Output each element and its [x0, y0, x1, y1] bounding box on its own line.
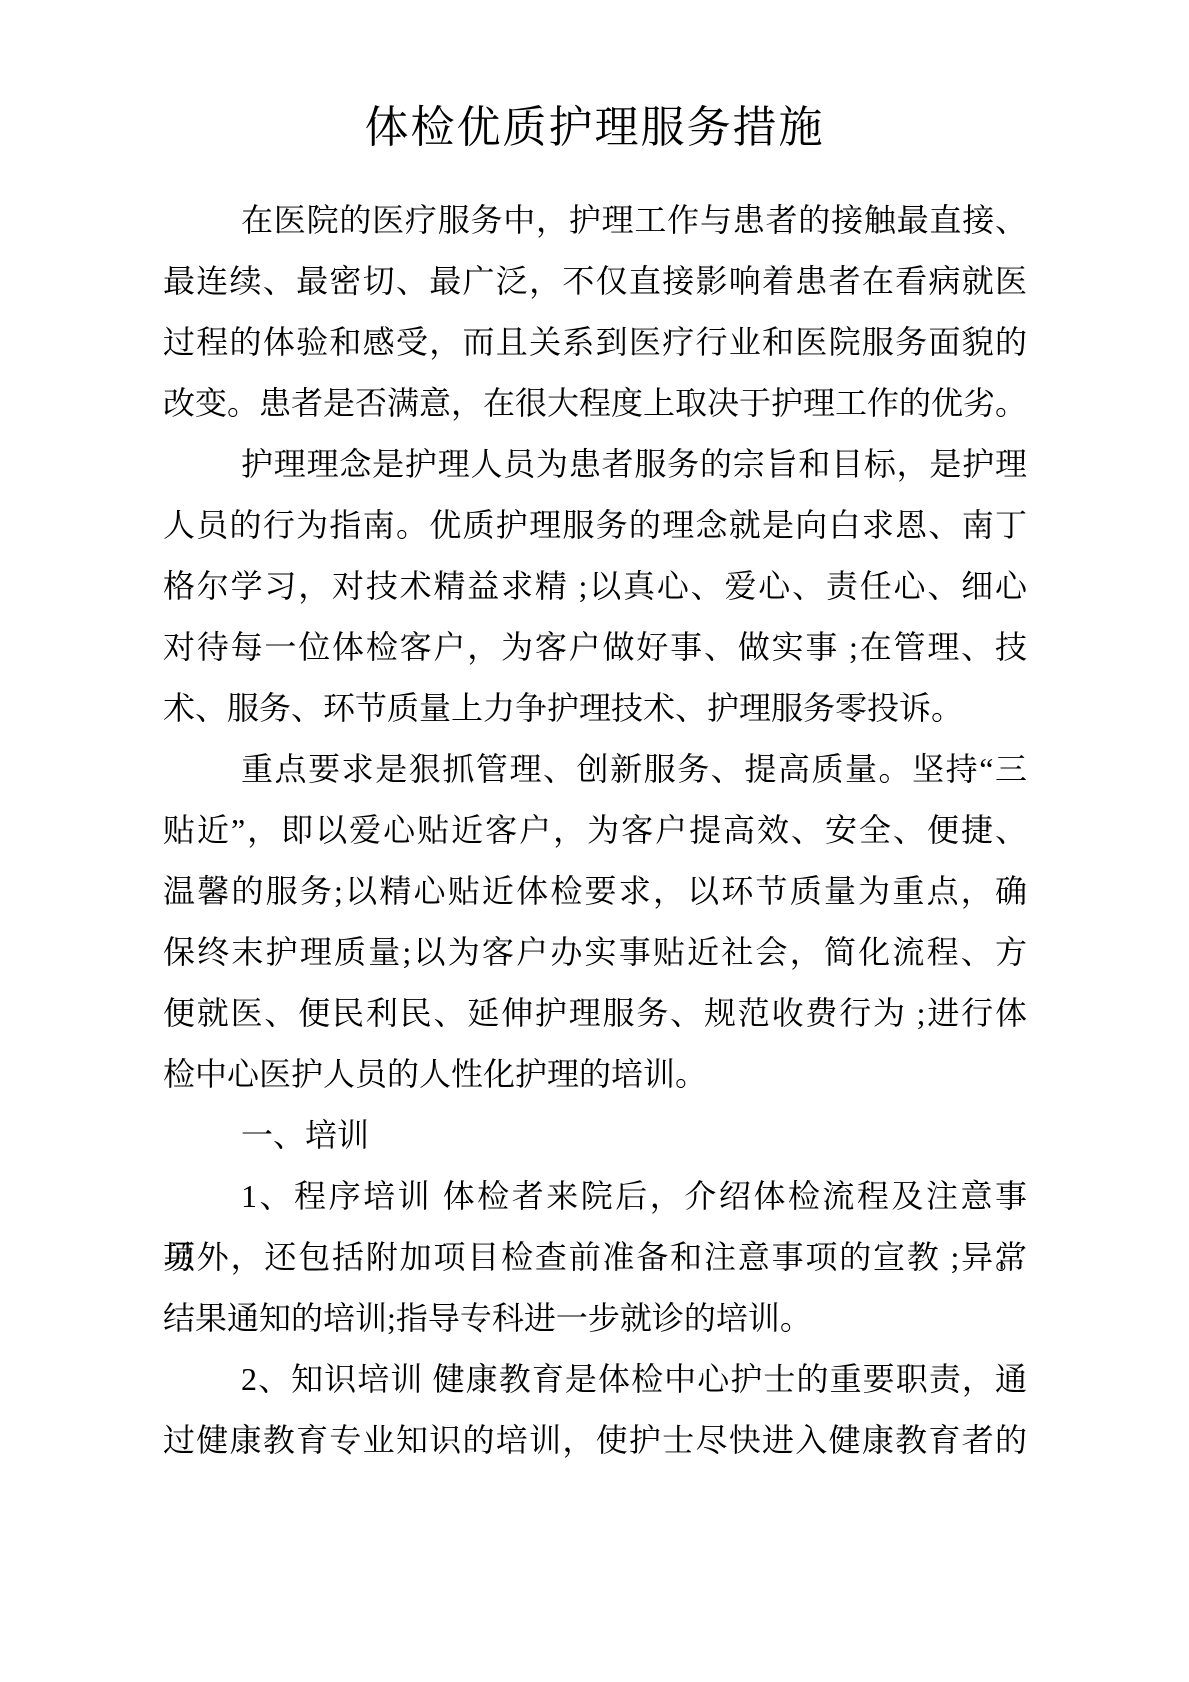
text-line: 温馨的服务;以精心贴近体检要求，以环节质量为重点，确: [163, 861, 1027, 922]
text-line: 1、程序培训 体检者来院后，介绍体检流程及注意事项。: [163, 1166, 1027, 1227]
document-body: 在医院的医疗服务中，护理工作与患者的接触最直接、最连续、最密切、最广泛，不仅直接…: [0, 190, 1027, 1471]
text-line: 格尔学习，对技术精益求精 ;以真心、爱心、责任心、细心: [163, 556, 1027, 617]
text-line: 贴近”，即以爱心贴近客户，为客户提高效、安全、便捷、: [163, 800, 1027, 861]
text-line: 护理理念是护理人员为患者服务的宗旨和目标，是护理: [163, 434, 1027, 495]
text-line: 另外，还包括附加项目检查前准备和注意事项的宣教 ;异常: [163, 1227, 1027, 1288]
text-line: 术、服务、环节质量上力争护理技术、护理服务零投诉。: [163, 678, 1027, 739]
text-line: 改变。患者是否满意，在很大程度上取决于护理工作的优劣。: [163, 373, 1027, 434]
text-line: 人员的行为指南。优质护理服务的理念就是向白求恩、南丁: [163, 495, 1027, 556]
document-title: 体检优质护理服务措施: [0, 100, 1189, 156]
text-line: 过程的体验和感受，而且关系到医疗行业和医院服务面貌的: [163, 312, 1027, 373]
text-line: 在医院的医疗服务中，护理工作与患者的接触最直接、: [163, 190, 1027, 251]
text-line: 最连续、最密切、最广泛，不仅直接影响着患者在看病就医: [163, 251, 1027, 312]
text-line: 重点要求是狠抓管理、创新服务、提高质量。坚持“三: [163, 739, 1027, 800]
text-line: 对待每一位体检客户，为客户做好事、做实事 ;在管理、技: [163, 617, 1027, 678]
text-line: 便就医、便民利民、延伸护理服务、规范收费行为 ;进行体: [163, 983, 1027, 1044]
text-line: 结果通知的培训;指导专科进一步就诊的培训。: [163, 1288, 1027, 1349]
text-line: 2、知识培训 健康教育是体检中心护士的重要职责，通: [163, 1349, 1027, 1410]
text-line: 过健康教育专业知识的培训，使护士尽快进入健康教育者的: [163, 1410, 1027, 1471]
text-line: 检中心医护人员的人性化护理的培训。: [163, 1044, 1027, 1105]
text-line: 一、培训: [163, 1105, 1027, 1166]
text-line: 保终末护理质量;以为客户办实事贴近社会，简化流程、方: [163, 922, 1027, 983]
document-page: 体检优质护理服务措施 在医院的医疗服务中，护理工作与患者的接触最直接、最连续、最…: [0, 0, 1189, 1682]
